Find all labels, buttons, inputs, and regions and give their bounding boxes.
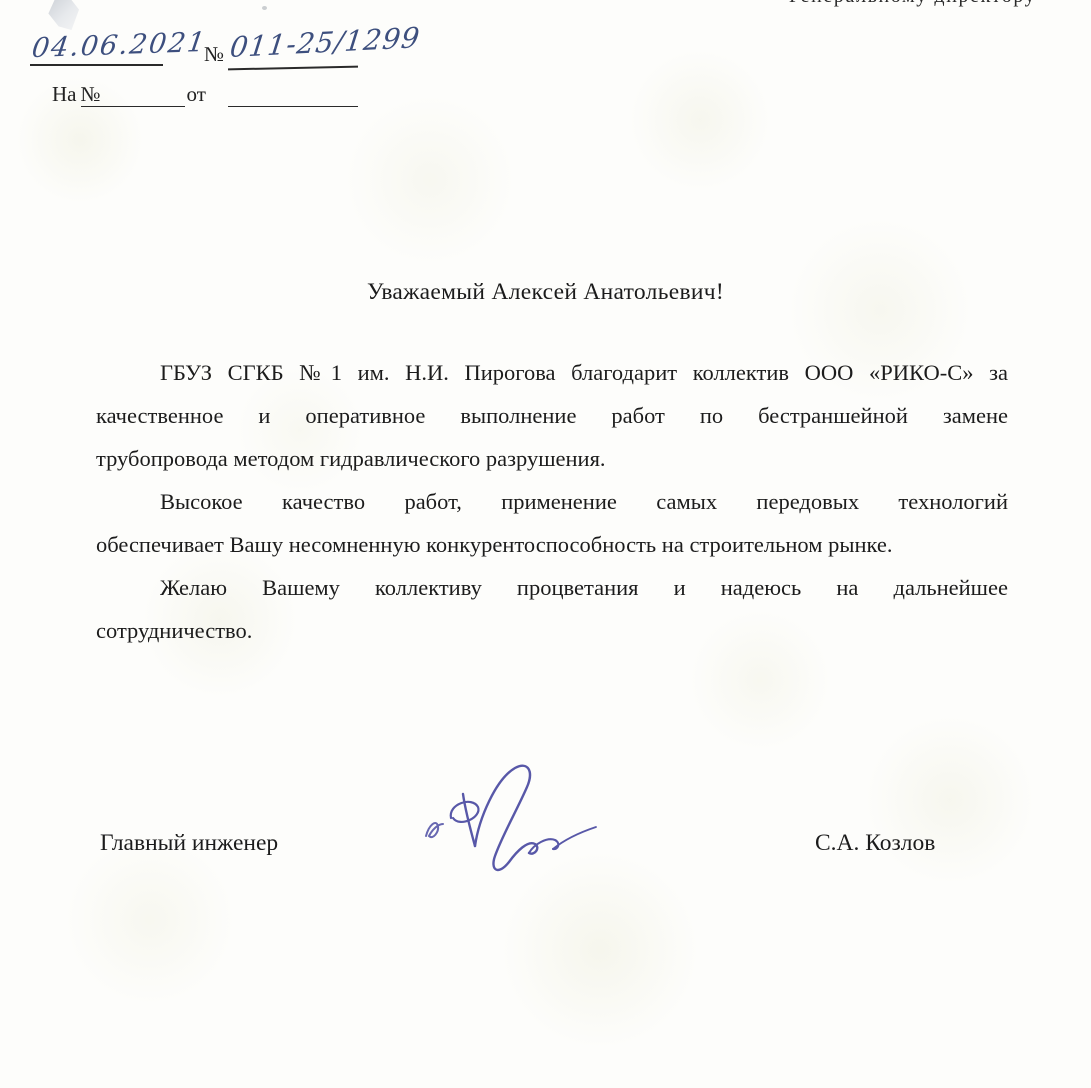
body-line: ГБУЗ СГКБ №1 им. Н.И. Пирогова благодари… (96, 351, 1008, 394)
reply-number-sign: № (81, 82, 101, 106)
reply-from-label: от (187, 82, 206, 107)
reply-prefix-label: На (52, 82, 77, 107)
handwritten-number: 011-25/1299 (228, 21, 422, 64)
number-underline (228, 66, 358, 71)
reply-number-blank: № (81, 81, 185, 107)
salutation-line: Уважаемый Алексей Анатольевич! (0, 279, 1091, 306)
signer-name: С.А. Козлов (815, 830, 935, 857)
signer-position-title: Главный инженер (100, 830, 278, 857)
body-line: Высокое качество работ, применение самых… (96, 480, 1008, 523)
reply-reference-row: На № от (52, 81, 358, 107)
body-line: качественное и оперативное выполнение ра… (96, 394, 1008, 437)
reply-date-blank (228, 81, 358, 107)
scanned-letter-page: Генеральному директору 04.06.2021 № 011-… (0, 0, 1091, 1088)
date-underline (30, 64, 163, 66)
body-line: сотрудничество. (96, 609, 1008, 652)
letterhead-clipped-line: Генеральному директору (789, 0, 1041, 8)
body-line: трубопровода методом гидравлического раз… (96, 437, 1008, 480)
letter-body: ГБУЗ СГКБ №1 им. Н.И. Пирогова благодари… (96, 351, 1008, 652)
body-line: Желаю Вашему коллективу процветания и на… (96, 566, 1008, 609)
scan-artifact (45, 0, 79, 30)
number-sign: № (204, 42, 224, 67)
letterhead-clipped-text: Генеральному директору (789, 0, 1036, 7)
handwritten-date: 04.06.2021 (30, 27, 209, 64)
handwritten-signature-icon (418, 760, 598, 887)
body-line: обеспечивает Вашу несомненную конкуренто… (96, 523, 1008, 566)
scan-dot-artifact (262, 6, 267, 10)
